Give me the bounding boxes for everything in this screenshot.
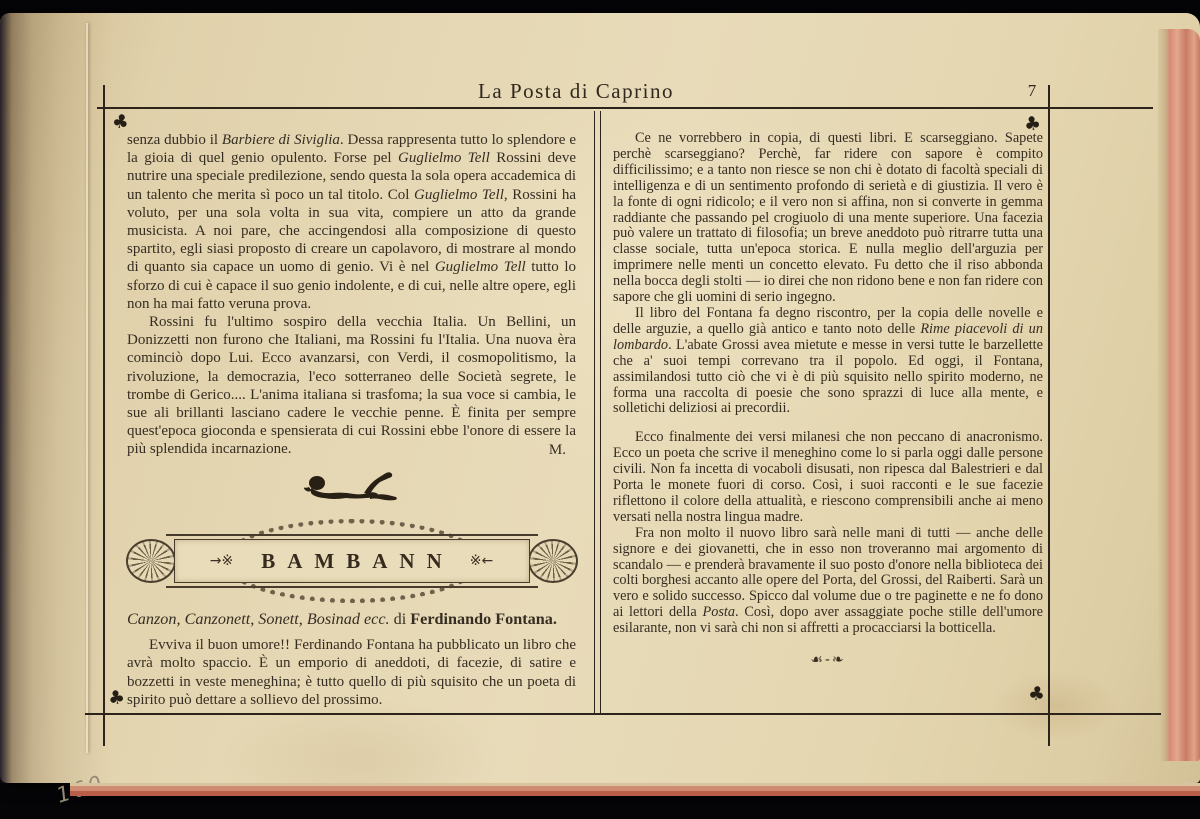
text-segment: Ferdinando Fontana.: [410, 610, 557, 628]
column-divider-rule: [594, 111, 601, 713]
frame-rule-right: [1048, 85, 1050, 746]
frame-rule-bottom: [85, 713, 1161, 715]
text-segment: Guglielmo Tell: [398, 150, 490, 166]
column-right: Ce ne vorrebbero in copia, di questi lib…: [613, 131, 1043, 669]
text-segment: Barbiere di Siviglia: [222, 132, 340, 148]
text-segment: Canzon, Canzonett, Sonett, Bosinad ecc.: [127, 610, 390, 628]
bambann-title-banner: →※ BAMBANN ※←: [134, 518, 570, 604]
book-page: ♣ ♣ ♣ ♣ La Posta di Caprino 7 senza dubb…: [0, 13, 1200, 783]
text-segment: Guglielmo Tell: [435, 259, 526, 275]
text-segment: Guglielmo Tell: [414, 187, 504, 203]
frame-rule-left: [103, 85, 105, 746]
leaf-ornament-icon: ☙-❧: [613, 653, 1043, 669]
text-segment: Ce ne vorrebbero in copia, di questi lib…: [613, 130, 1043, 305]
paragraph: Ce ne vorrebbero in copia, di questi lib…: [613, 131, 1043, 306]
book-gutter-shadow: [0, 13, 120, 783]
text-segment: . L'abate Grossi avea mietute e messe in…: [613, 337, 1043, 417]
paragraph: Evviva il buon umore!! Ferdinando Fontan…: [127, 636, 576, 709]
paragraph: Fra non molto il nuovo libro sarà nelle …: [613, 526, 1043, 637]
banner-bar: →※ BAMBANN ※←: [174, 539, 530, 583]
arrow-ornament-icon: →※: [210, 552, 233, 570]
paragraph: Il libro del Fontana fa degno riscontro,…: [613, 306, 1043, 417]
reclining-putto-illustration: [127, 467, 576, 512]
book-byline: Canzon, Canzonett, Sonett, Bosinad ecc. …: [127, 610, 576, 628]
gutter-crease: [86, 23, 88, 753]
book-photo: ♣ ♣ ♣ ♣ La Posta di Caprino 7 senza dubb…: [0, 0, 1200, 819]
page-header-title: La Posta di Caprino: [103, 79, 1049, 104]
text-segment: Ecco finalmente dei versi milanesi che n…: [613, 429, 1043, 525]
frame-rule-top: [97, 107, 1153, 109]
fleuron-icon: ♣: [1027, 684, 1047, 705]
banner-rule: [166, 586, 538, 588]
section-title: BAMBANN: [249, 552, 454, 570]
text-segment: senza dubbio il: [127, 132, 222, 148]
text-segment: Evviva il buon umore!! Ferdinando Fontan…: [127, 637, 576, 708]
fleuron-icon: ♣: [106, 687, 127, 709]
text-segment: Posta: [702, 604, 735, 620]
paragraph: Ecco finalmente dei versi milanesi che n…: [613, 430, 1043, 525]
arrow-ornament-icon: ※←: [470, 552, 493, 570]
paragraph: senza dubbio il Barbiere di Siviglia. De…: [127, 131, 576, 313]
banner-rule: [166, 534, 538, 536]
column-left: senza dubbio il Barbiere di Siviglia. De…: [127, 131, 576, 709]
shell-ornament-icon: [126, 539, 176, 583]
shell-ornament-icon: [528, 539, 578, 583]
paragraph: Rossini fu l'ultimo sospiro della vecchi…: [127, 313, 576, 459]
text-segment: di: [390, 610, 411, 628]
book-fore-edge: [1158, 29, 1200, 761]
page-bottom-edge: [70, 783, 1200, 796]
text-segment: Rossini fu l'ultimo sospiro della vecchi…: [127, 314, 576, 457]
page-number: 7: [1020, 81, 1044, 101]
putto-figure-icon: [304, 467, 400, 507]
